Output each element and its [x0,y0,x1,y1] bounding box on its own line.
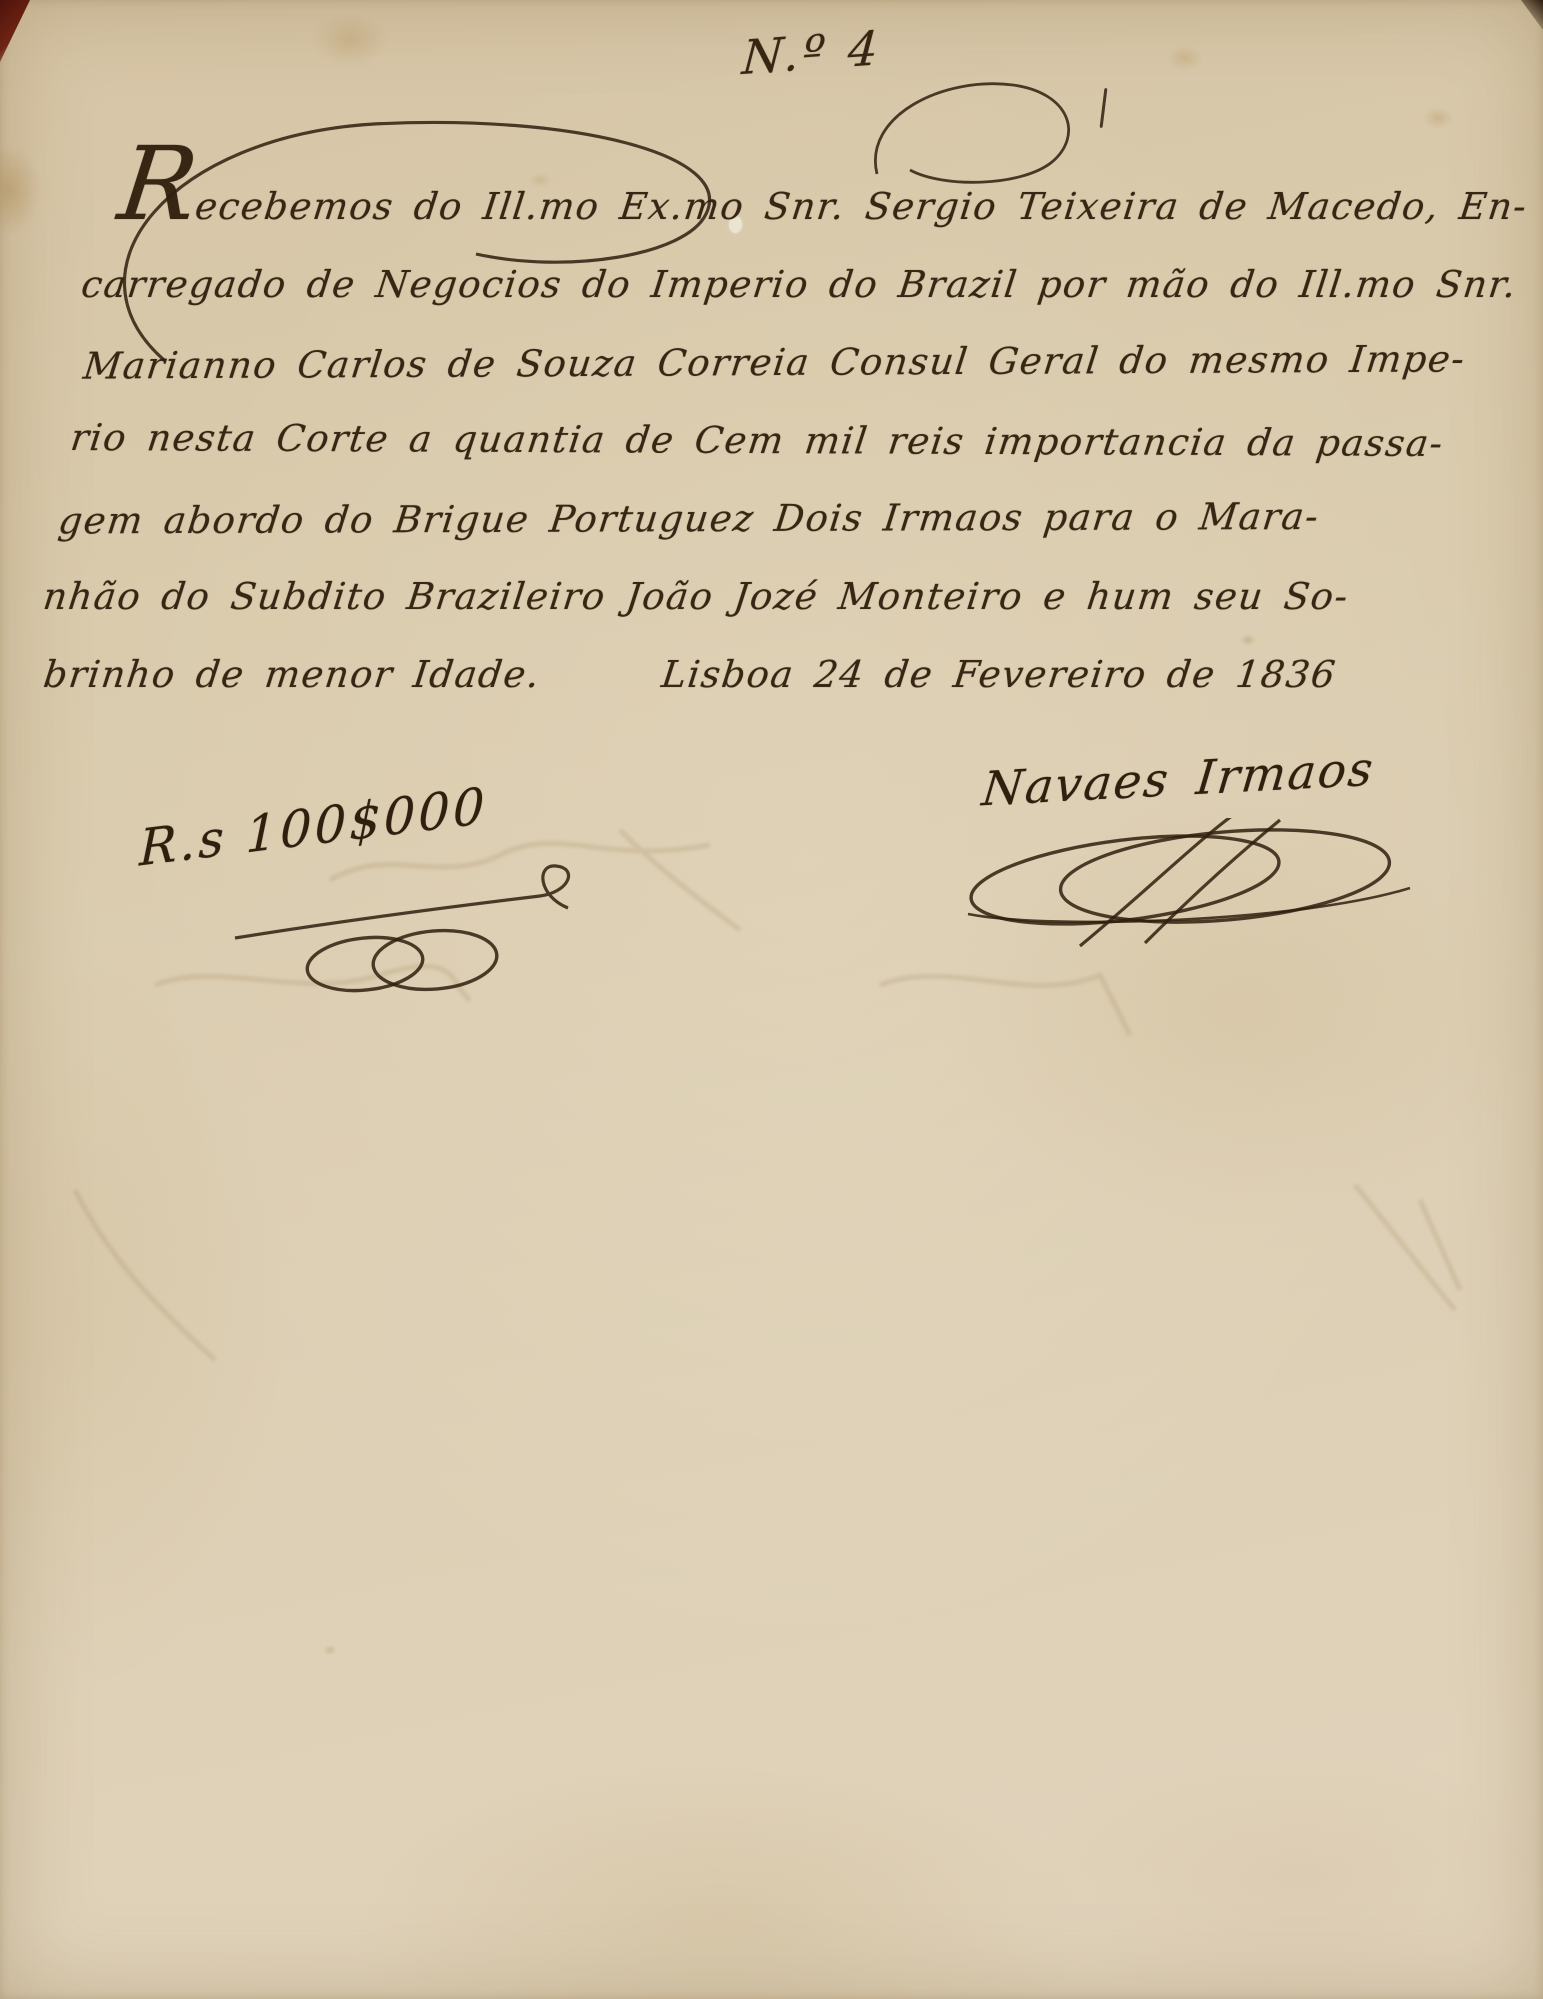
handwritten-line-6: nhão do Subdito Brazileiro João Jozé Mon… [39,558,1439,636]
receipt-body: Recebemos do Ill.mo Ex.mo Snr. Sergio Te… [29,168,1486,714]
handwritten-line-3: Marianno Carlos de Souza Correia Consul … [79,320,1467,405]
manuscript-page: N.º 4 Recebemos do Ill.mo Ex.mo Snr. Ser… [0,0,1543,1999]
handwritten-line-2: carregado de Negocios do Imperio do Braz… [77,246,1477,324]
handwritten-line-7: brinho de menor Idade. Lisboa 24 de Feve… [39,636,1429,714]
handwritten-line-1: Recebemos do Ill.mo Ex.mo Snr. Sergio Te… [112,168,1486,246]
handwritten-line-4: rio nesta Corte a quantia de Cem mil rei… [66,399,1457,483]
document-number: N.º 4 [740,21,884,86]
handwritten-line-5: gem abordo do Brigue Portuguez Dois Irma… [54,478,1448,561]
